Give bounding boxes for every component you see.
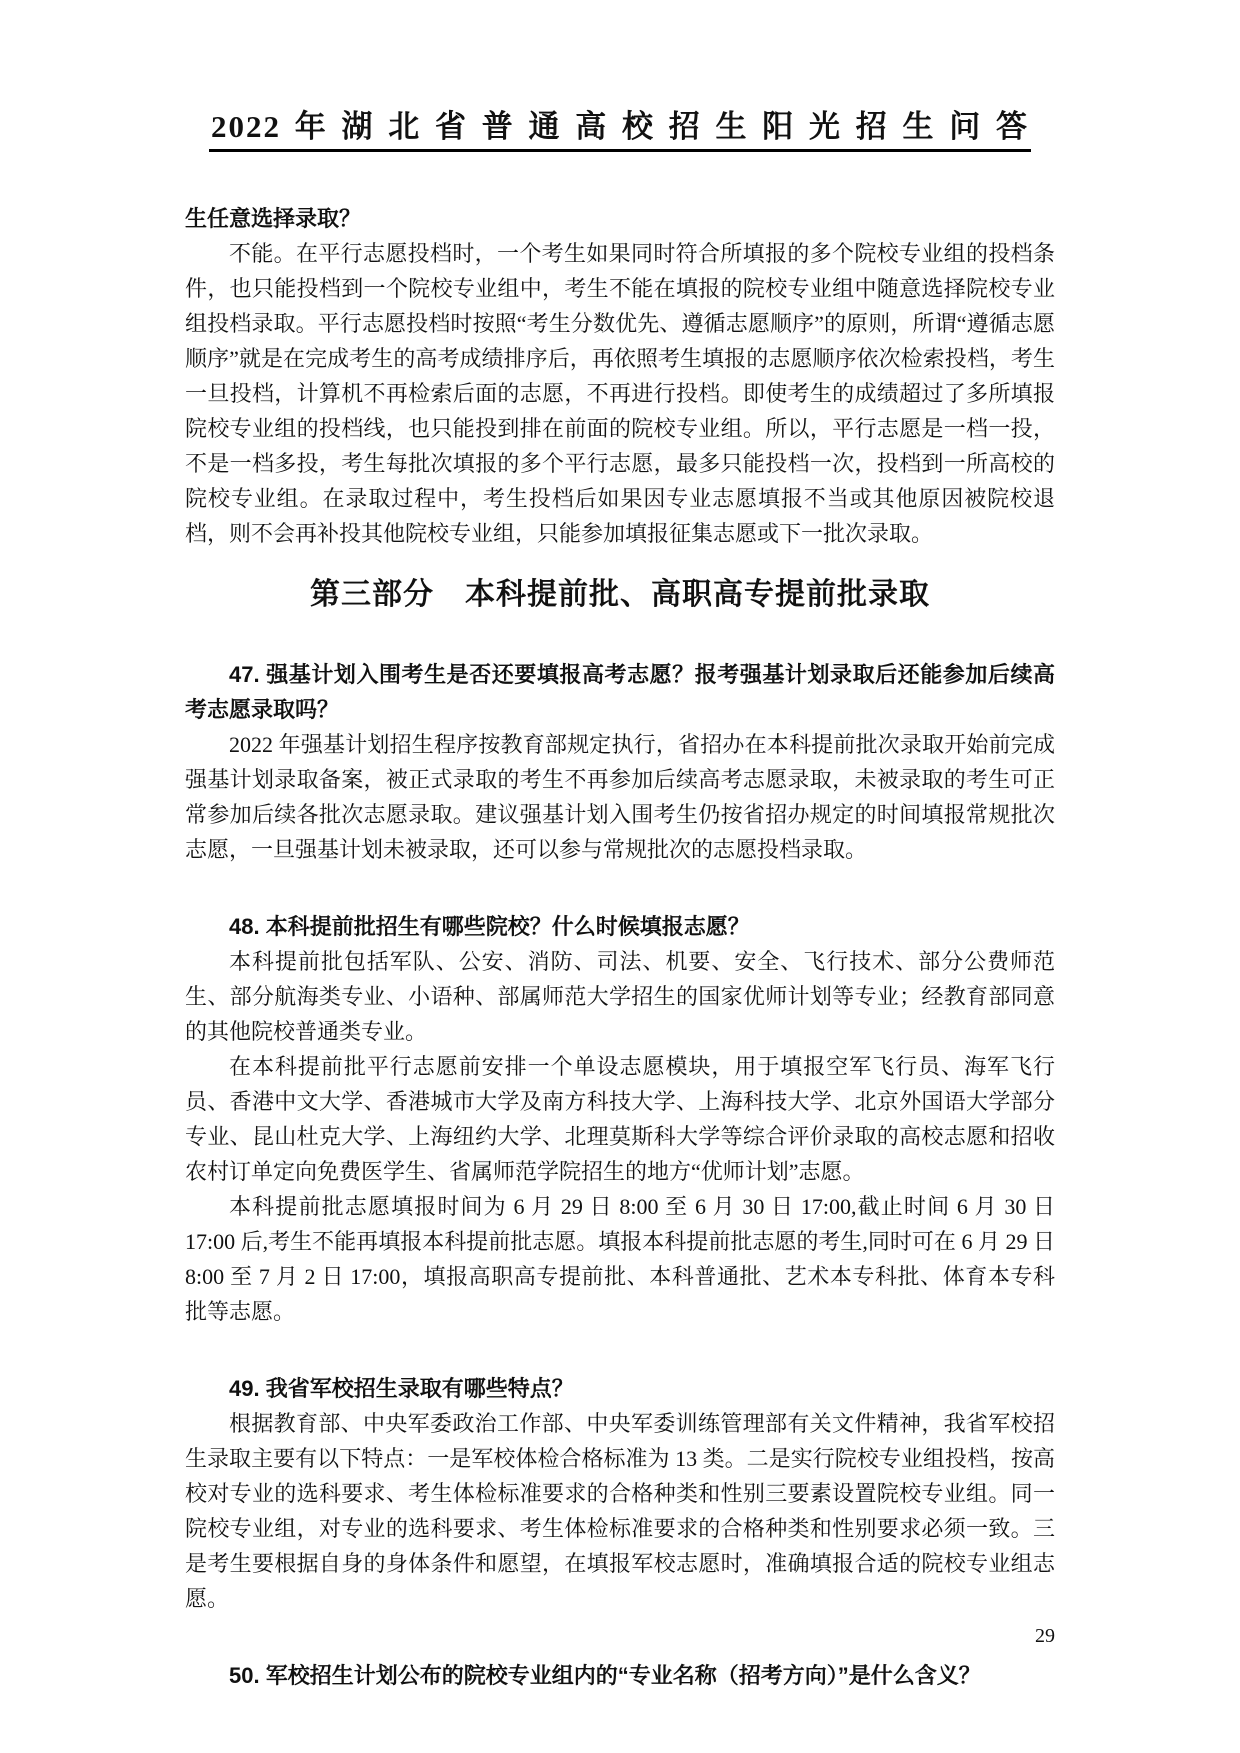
qa-item-47: 47. 强基计划入围考生是否还要填报高考志愿？报考强基计划录取后还能参加后续高考… [185,657,1055,867]
answer-47-paragraph: 2022 年强基计划招生程序按教育部规定执行，省招办在本科提前批次录取开始前完成… [185,727,1055,867]
answer-48-paragraph-2: 在本科提前批平行志愿前安排一个单设志愿模块，用于填报空军飞行员、海军飞行员、香港… [185,1049,1055,1189]
question-49-heading: 49. 我省军校招生录取有哪些特点？ [185,1371,1055,1406]
qa-item-48: 48. 本科提前批招生有哪些院校？什么时候填报志愿？ 本科提前批包括军队、公安、… [185,909,1055,1329]
page-header: 2022 年 湖 北 省 普 通 高 校 招 生 阳 光 招 生 问 答 [185,88,1055,173]
carryover-answer-paragraph: 不能。在平行志愿投档时，一个考生如果同时符合所填报的多个院校专业组的投档条件，也… [185,236,1055,551]
question-47-heading: 47. 强基计划入围考生是否还要填报高考志愿？报考强基计划录取后还能参加后续高考… [185,657,1055,727]
answer-48-paragraph-3: 本科提前批志愿填报时间为 6 月 29 日 8:00 至 6 月 30 日 17… [185,1189,1055,1329]
qa-item-50: 50. 军校招生计划公布的院校专业组内的“专业名称（招考方向）”是什么含义？ [185,1658,1055,1693]
section-heading-part3: 第三部分 本科提前批、高职高专提前批录取 [185,575,1055,615]
document-page: 2022 年 湖 北 省 普 通 高 校 招 生 阳 光 招 生 问 答 生任意… [0,0,1240,1753]
answer-49-paragraph: 根据教育部、中央军委政治工作部、中央军委训练管理部有关文件精神，我省军校招生录取… [185,1406,1055,1616]
answer-48-paragraph-1: 本科提前批包括军队、公安、消防、司法、机要、安全、飞行技术、部分公费师范生、部分… [185,944,1055,1049]
qa-item-49: 49. 我省军校招生录取有哪些特点？ 根据教育部、中央军委政治工作部、中央军委训… [185,1371,1055,1616]
question-48-heading: 48. 本科提前批招生有哪些院校？什么时候填报志愿？ [185,909,1055,944]
question-50-heading: 50. 军校招生计划公布的院校专业组内的“专业名称（招考方向）”是什么含义？ [185,1658,1055,1693]
carryover-question-fragment: 生任意选择录取？ [185,201,1055,236]
page-content: 2022 年 湖 北 省 普 通 高 校 招 生 阳 光 招 生 问 答 生任意… [185,0,1055,1693]
document-title: 2022 年 湖 北 省 普 通 高 校 招 生 阳 光 招 生 问 答 [209,109,1031,153]
page-number: 29 [1035,1624,1055,1648]
